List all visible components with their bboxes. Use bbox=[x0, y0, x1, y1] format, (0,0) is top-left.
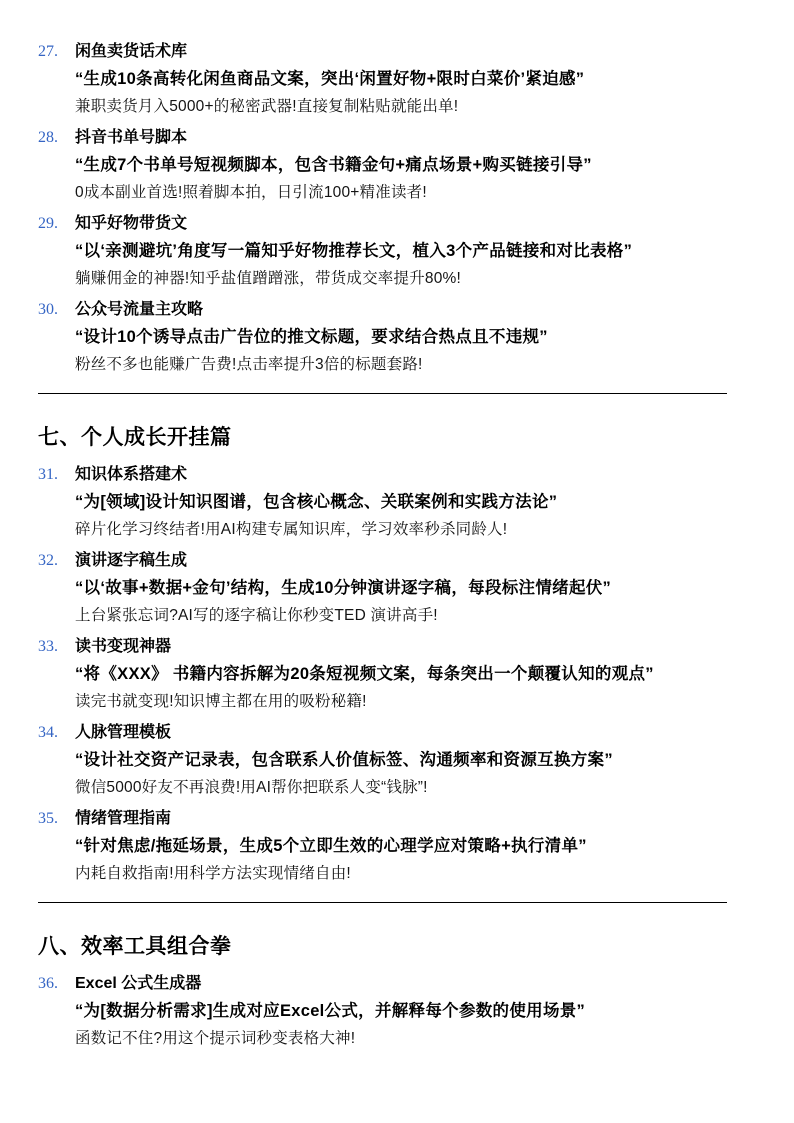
prompt-item-28: 28.抖音书单号脚本 “生成7个书单号短视频脚本，包含书籍金句+痛点场景+购买链… bbox=[38, 128, 756, 203]
prompt-item-29: 29.知乎好物带货文 “以‘亲测避坑’角度写一篇知乎好物推荐长文，植入3个产品链… bbox=[38, 214, 756, 289]
item-title: 知识体系搭建术 bbox=[75, 466, 187, 483]
item-title: 人脉管理模板 bbox=[75, 724, 171, 741]
item-title: 演讲逐字稿生成 bbox=[75, 552, 187, 569]
item-benefit-text: 碎片化学习终结者!用AI构建专属知识库，学习效率秒杀同龄人! bbox=[75, 520, 756, 540]
item-title: 抖音书单号脚本 bbox=[75, 129, 187, 146]
section-monetization: 27.闲鱼卖货话术库 “生成10条高转化闲鱼商品文案，突出‘闲置好物+限时白菜价… bbox=[38, 42, 756, 375]
item-title: 知乎好物带货文 bbox=[75, 215, 187, 232]
item-head: 29.知乎好物带货文 bbox=[38, 214, 756, 234]
item-head: 31.知识体系搭建术 bbox=[38, 465, 756, 485]
section-divider bbox=[38, 902, 727, 903]
item-benefit-text: 上台紧张忘词?AI写的逐字稿让你秒变TED 演讲高手! bbox=[75, 606, 756, 626]
item-number: 34. bbox=[38, 723, 75, 743]
item-prompt-text: “为[数据分析需求]生成对应Excel公式，并解释每个参数的使用场景” bbox=[75, 1001, 756, 1022]
item-number: 28. bbox=[38, 128, 75, 148]
item-prompt-text: “以‘亲测避坑’角度写一篇知乎好物推荐长文，植入3个产品链接和对比表格” bbox=[75, 241, 756, 262]
section-efficiency-tools: 36.Excel 公式生成器 “为[数据分析需求]生成对应Excel公式，并解释… bbox=[38, 974, 756, 1049]
item-prompt-text: “生成7个书单号短视频脚本，包含书籍金句+痛点场景+购买链接引导” bbox=[75, 155, 756, 176]
item-head: 28.抖音书单号脚本 bbox=[38, 128, 756, 148]
document-page: 27.闲鱼卖货话术库 “生成10条高转化闲鱼商品文案，突出‘闲置好物+限时白菜价… bbox=[0, 0, 794, 1123]
prompt-item-35: 35.情绪管理指南 “针对焦虑/拖延场景，生成5个立即生效的心理学应对策略+执行… bbox=[38, 809, 756, 884]
prompt-item-33: 33.读书变现神器 “将《XXX》 书籍内容拆解为20条短视频文案，每条突出一个… bbox=[38, 637, 756, 712]
item-number: 36. bbox=[38, 974, 75, 994]
item-benefit-text: 躺赚佣金的神器!知乎盐值蹭蹭涨，带货成交率提升80%! bbox=[75, 269, 756, 289]
section-divider bbox=[38, 393, 727, 394]
item-number: 30. bbox=[38, 300, 75, 320]
item-head: 32.演讲逐字稿生成 bbox=[38, 551, 756, 571]
prompt-item-30: 30.公众号流量主攻略 “设计10个诱导点击广告位的推文标题，要求结合热点且不违… bbox=[38, 300, 756, 375]
item-number: 27. bbox=[38, 42, 75, 62]
item-number: 32. bbox=[38, 551, 75, 571]
item-benefit-text: 微信5000好友不再浪费!用AI帮你把联系人变“钱脉”! bbox=[75, 778, 756, 798]
item-number: 29. bbox=[38, 214, 75, 234]
item-head: 34.人脉管理模板 bbox=[38, 723, 756, 743]
item-title: 闲鱼卖货话术库 bbox=[75, 43, 187, 60]
item-prompt-text: “设计社交资产记录表，包含联系人价值标签、沟通频率和资源互换方案” bbox=[75, 750, 756, 771]
item-benefit-text: 读完书就变现!知识博主都在用的吸粉秘籍! bbox=[75, 692, 756, 712]
item-benefit-text: 0成本副业首选!照着脚本拍，日引流100+精准读者! bbox=[75, 183, 756, 203]
item-prompt-text: “针对焦虑/拖延场景，生成5个立即生效的心理学应对策略+执行清单” bbox=[75, 836, 756, 857]
item-prompt-text: “生成10条高转化闲鱼商品文案，突出‘闲置好物+限时白菜价’紧迫感” bbox=[75, 69, 756, 90]
item-head: 35.情绪管理指南 bbox=[38, 809, 756, 829]
item-prompt-text: “为[领域]设计知识图谱，包含核心概念、关联案例和实践方法论” bbox=[75, 492, 756, 513]
item-title: 情绪管理指南 bbox=[75, 810, 171, 827]
item-head: 27.闲鱼卖货话术库 bbox=[38, 42, 756, 62]
item-title: 公众号流量主攻略 bbox=[75, 301, 203, 318]
prompt-item-31: 31.知识体系搭建术 “为[领域]设计知识图谱，包含核心概念、关联案例和实践方法… bbox=[38, 465, 756, 540]
item-benefit-text: 内耗自救指南!用科学方法实现情绪自由! bbox=[75, 864, 756, 884]
item-head: 33.读书变现神器 bbox=[38, 637, 756, 657]
section-personal-growth: 31.知识体系搭建术 “为[领域]设计知识图谱，包含核心概念、关联案例和实践方法… bbox=[38, 465, 756, 884]
item-number: 31. bbox=[38, 465, 75, 485]
item-number: 35. bbox=[38, 809, 75, 829]
item-number: 33. bbox=[38, 637, 75, 657]
item-benefit-text: 函数记不住?用这个提示词秒变表格大神! bbox=[75, 1029, 756, 1049]
item-benefit-text: 粉丝不多也能赚广告费!点击率提升3倍的标题套路! bbox=[75, 355, 756, 375]
prompt-item-27: 27.闲鱼卖货话术库 “生成10条高转化闲鱼商品文案，突出‘闲置好物+限时白菜价… bbox=[38, 42, 756, 117]
prompt-item-34: 34.人脉管理模板 “设计社交资产记录表，包含联系人价值标签、沟通频率和资源互换… bbox=[38, 723, 756, 798]
item-title: 读书变现神器 bbox=[75, 638, 171, 655]
prompt-item-36: 36.Excel 公式生成器 “为[数据分析需求]生成对应Excel公式，并解释… bbox=[38, 974, 756, 1049]
section-header-8: 八、效率工具组合拳 bbox=[38, 934, 756, 960]
item-prompt-text: “以‘故事+数据+金句’结构，生成10分钟演讲逐字稿，每段标注情绪起伏” bbox=[75, 578, 756, 599]
item-prompt-text: “设计10个诱导点击广告位的推文标题，要求结合热点且不违规” bbox=[75, 327, 756, 348]
section-header-7: 七、个人成长开挂篇 bbox=[38, 425, 756, 451]
item-prompt-text: “将《XXX》 书籍内容拆解为20条短视频文案，每条突出一个颠覆认知的观点” bbox=[75, 664, 756, 685]
item-head: 30.公众号流量主攻略 bbox=[38, 300, 756, 320]
prompt-item-32: 32.演讲逐字稿生成 “以‘故事+数据+金句’结构，生成10分钟演讲逐字稿，每段… bbox=[38, 551, 756, 626]
item-benefit-text: 兼职卖货月入5000+的秘密武器!直接复制粘贴就能出单! bbox=[75, 97, 756, 117]
item-head: 36.Excel 公式生成器 bbox=[38, 974, 756, 994]
item-title: Excel 公式生成器 bbox=[75, 975, 201, 992]
